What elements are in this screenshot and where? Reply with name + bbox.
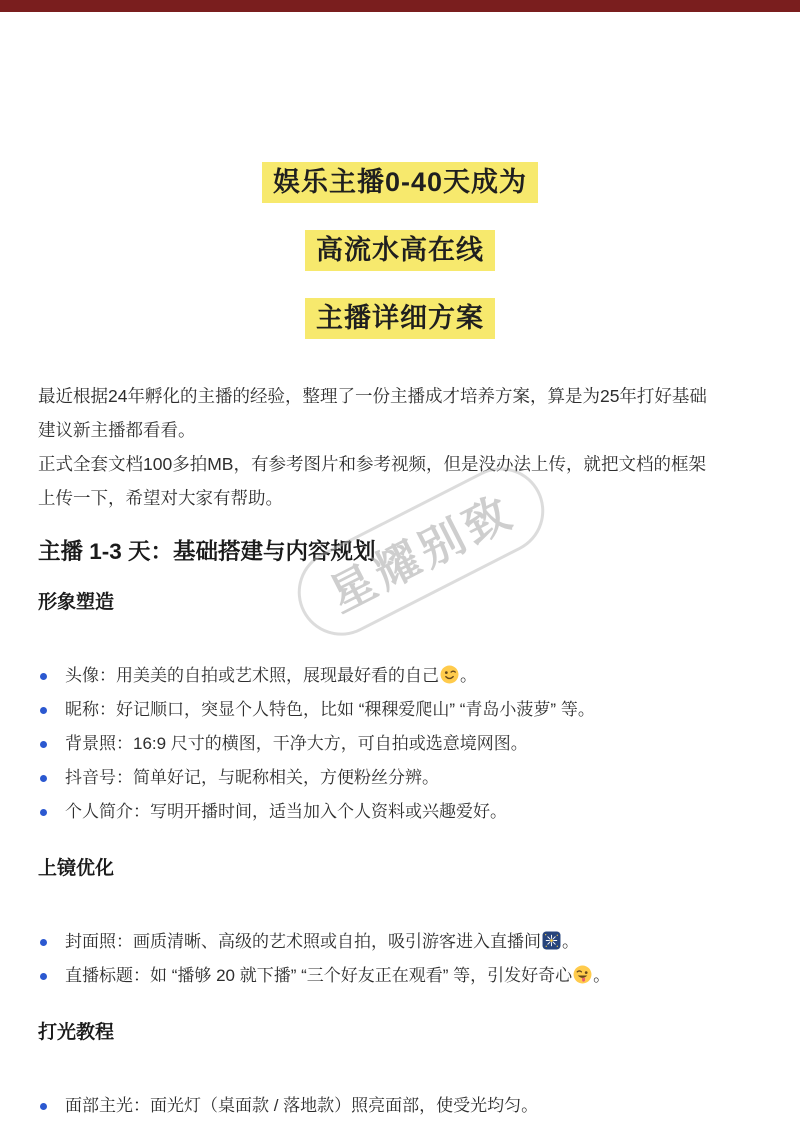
list-item: 背景照：16:9 尺寸的横图，干净大方，可自拍或选意境网图。: [38, 727, 762, 761]
list-item-suffix: 。: [460, 666, 477, 685]
list-item-text: 面部主光：面光灯（桌面款 / 落地款）照亮面部，使受光均匀。: [65, 1096, 538, 1115]
intro-line: 建议新主播都看看。: [38, 413, 762, 447]
list-item-text: 封面照：画质清晰、高级的艺术照或自拍，吸引游客进入直播间: [65, 932, 541, 951]
winking-face-emoji-icon: [440, 665, 459, 684]
bullet-list-image-building: 头像：用美美的自拍或艺术照，展现最好看的自己。 昵称：好记顺口，突显个人特色，比…: [38, 659, 762, 829]
section-heading-image-building: 形象塑造: [38, 591, 762, 615]
intro-line: 最近根据24年孵化的主播的经验，整理了一份主播成才培养方案，算是为25年打好基础: [38, 379, 762, 413]
intro-line: 上传一下，希望对大家有帮助。: [38, 481, 762, 515]
bullet-dot: [40, 741, 47, 748]
bullet-list-lighting-tutorial: 面部主光：面光灯（桌面款 / 落地款）照亮面部，使受光均匀。: [38, 1089, 762, 1123]
list-item: 封面照：画质清晰、高级的艺术照或自拍，吸引游客进入直播间。: [38, 925, 762, 959]
title-block: 娱乐主播0-40天成为 高流水高在线 主播详细方案: [0, 162, 800, 339]
list-item: 抖音号：简单好记，与昵称相关，方便粉丝分辨。: [38, 761, 762, 795]
list-item-text: 背景照：16:9 尺寸的横图，干净大方，可自拍或选意境网图。: [65, 734, 528, 753]
title-line: 高流水高在线: [0, 230, 800, 271]
fireworks-emoji-icon: [542, 931, 561, 950]
list-item-text: 个人简介：写明开播时间，适当加入个人资料或兴趣爱好。: [65, 802, 507, 821]
list-item: 直播标题：如 “播够 20 就下播” “三个好友正在观看” 等，引发好奇心。: [38, 959, 762, 993]
list-item: 头像：用美美的自拍或艺术照，展现最好看的自己。: [38, 659, 762, 693]
list-item-suffix: 。: [562, 932, 579, 951]
title-line: 娱乐主播0-40天成为: [0, 162, 800, 203]
list-item: 个人简介：写明开播时间，适当加入个人资料或兴趣爱好。: [38, 795, 762, 829]
bullet-dot: [40, 707, 47, 714]
main-heading: 主播 1-3 天：基础搭建与内容规划: [38, 537, 762, 567]
intro-line: 正式全套文档100多拍MB，有参考图片和参考视频，但是没办法上传，就把文档的框架: [38, 447, 762, 481]
list-item: 昵称：好记顺口，突显个人特色，比如 “稞稞爱爬山” “青岛小菠萝” 等。: [38, 693, 762, 727]
bullet-dot: [40, 775, 47, 782]
title-line-1: 娱乐主播0-40天成为: [262, 162, 538, 203]
bullet-dot: [40, 809, 47, 816]
section-heading-lighting-tutorial: 打光教程: [38, 1021, 762, 1045]
title-line: 主播详细方案: [0, 298, 800, 339]
title-line-3: 主播详细方案: [305, 298, 495, 339]
bullet-list-camera-optimization: 封面照：画质清晰、高级的艺术照或自拍，吸引游客进入直播间。 直播标题：如 “播够…: [38, 925, 762, 993]
title-line-2: 高流水高在线: [305, 230, 495, 271]
list-item-text: 直播标题：如 “播够 20 就下播” “三个好友正在观看” 等，引发好奇心: [65, 966, 572, 985]
winking-face-with-tongue-emoji-icon: [573, 965, 592, 984]
intro-paragraph: 最近根据24年孵化的主播的经验，整理了一份主播成才培养方案，算是为25年打好基础…: [38, 379, 762, 515]
list-item-text: 头像：用美美的自拍或艺术照，展现最好看的自己: [65, 666, 439, 685]
list-item-suffix: 。: [593, 966, 610, 985]
bullet-dot: [40, 973, 47, 980]
list-item-text: 昵称：好记顺口，突显个人特色，比如 “稞稞爱爬山” “青岛小菠萝” 等。: [65, 700, 595, 719]
bullet-dot: [40, 1103, 47, 1110]
section-heading-camera-optimization: 上镜优化: [38, 857, 762, 881]
list-item-text: 抖音号：简单好记，与昵称相关，方便粉丝分辨。: [65, 768, 439, 787]
list-item: 面部主光：面光灯（桌面款 / 落地款）照亮面部，使受光均匀。: [38, 1089, 762, 1123]
bullet-dot: [40, 939, 47, 946]
bullet-dot: [40, 673, 47, 680]
top-accent-bar: [0, 0, 800, 12]
